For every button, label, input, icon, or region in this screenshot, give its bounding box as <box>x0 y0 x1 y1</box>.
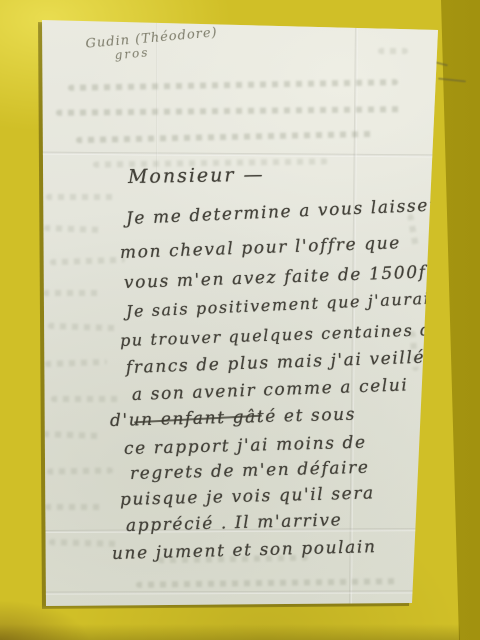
show-through-mark <box>51 396 123 402</box>
show-through-mark <box>45 504 105 510</box>
show-through-mark <box>49 539 117 547</box>
fold-crease <box>38 152 442 158</box>
show-through-mark <box>46 194 118 200</box>
letter-line: regrets de m'en défaire <box>130 458 370 484</box>
letter-line: Je me determine a vous laisser <box>126 195 439 229</box>
letter-line: puisque je vois qu'il sera <box>120 483 375 510</box>
letter-line: apprécié . Il m'arrive <box>126 510 343 536</box>
show-through-mark <box>68 79 398 91</box>
show-through-mark <box>47 467 113 474</box>
letter-line: mon cheval pour l'offre que <box>120 233 402 263</box>
show-through-mark <box>76 131 376 143</box>
letter-line: ce rapport j'ai moins de <box>124 433 367 459</box>
fold-crease <box>38 590 442 594</box>
photo-of-handwritten-letter: Gudin (Théodore) gros Monsieur — Je me d… <box>0 0 480 640</box>
show-through-mark <box>44 225 104 233</box>
show-through-mark <box>48 323 118 331</box>
show-through-mark <box>50 257 125 266</box>
letter-line: Je sais positivement que j'aurais <box>126 288 441 321</box>
letter-salutation: Monsieur — <box>128 164 265 188</box>
show-through-mark <box>43 431 101 439</box>
letter-paper: Gudin (Théodore) gros Monsieur — Je me d… <box>38 18 442 608</box>
letter-line: pu trouver quelques centaines de <box>120 320 444 350</box>
show-through-mark <box>378 48 408 54</box>
pencil-annotation: Gudin (Théodore) gros <box>85 26 219 65</box>
letter-line: une jument et son poulain <box>112 537 377 564</box>
show-through-mark <box>43 290 99 296</box>
show-through-mark <box>407 214 419 249</box>
show-through-mark <box>136 578 398 588</box>
show-through-mark <box>56 106 401 116</box>
show-through-mark <box>45 359 107 367</box>
letter-line: francs de plus mais j'ai veillé <box>126 348 426 378</box>
letter-line: vous m'en avez faite de 1500f <box>124 262 427 293</box>
letter-line: a son avenir comme a celui <box>132 375 409 405</box>
